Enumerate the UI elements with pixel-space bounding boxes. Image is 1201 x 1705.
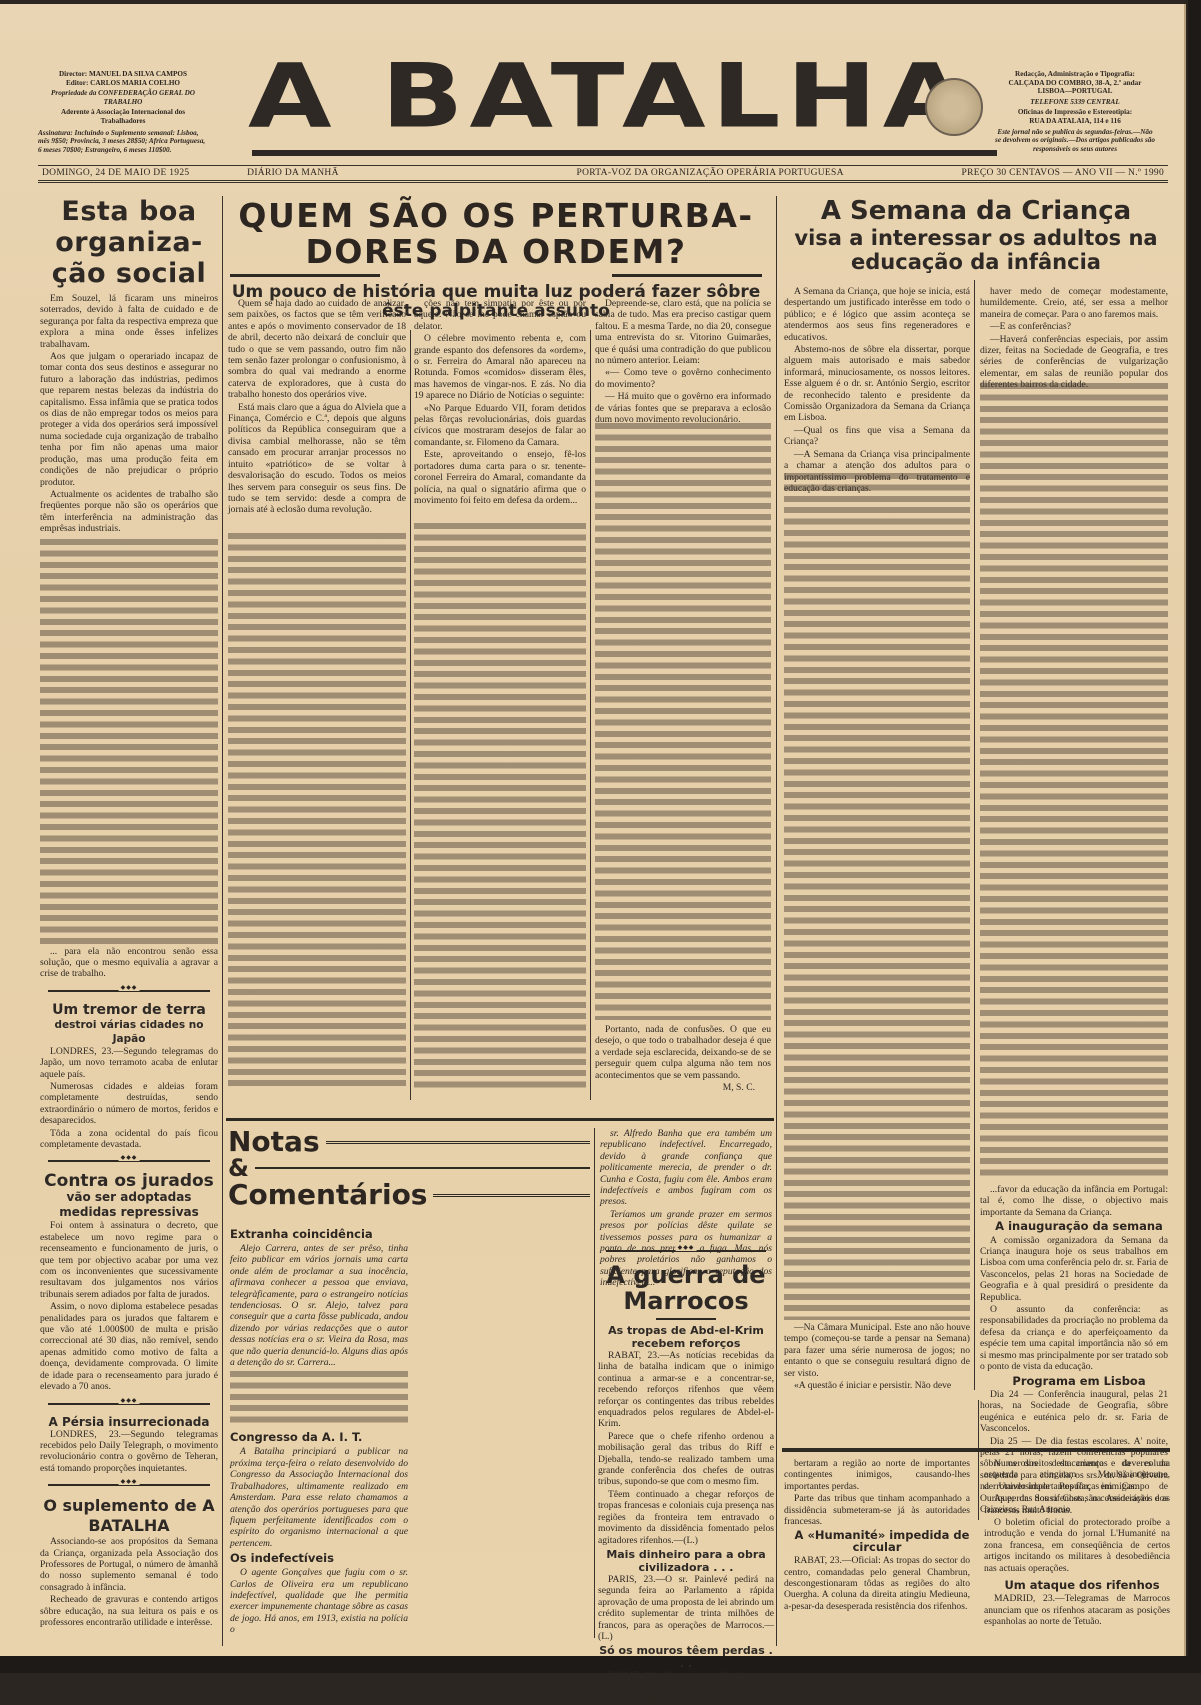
office-address: CALÇADA DO COMBRO, 38-A, 2.º andar: [995, 79, 1155, 88]
paragraph: Dia 24 — Conferência inaugural, pelas 21…: [980, 1389, 1168, 1435]
marrocos-continued-b: Numerosos destacamentos da coluna esquer…: [984, 1458, 1170, 1629]
newspaper-logo: A BATALHA: [248, 52, 1008, 142]
note-heading: Extranha coincidência: [230, 1227, 408, 1241]
issue-date: DOMINGO, 24 DE MAIO DE 1925: [42, 168, 189, 178]
note-text: A Batalha principiará a publicar na próx…: [230, 1446, 408, 1549]
column-rule: [978, 1400, 979, 1520]
edition-label: DIÁRIO DA MANHÃ: [247, 168, 339, 178]
library-stamp-icon: [925, 78, 983, 136]
rule: [230, 274, 380, 277]
paragraph: MADRID, 23.—Telegramas de Marrocos anunc…: [984, 1593, 1170, 1627]
mais-dinheiro-body: PARIS, 23.—O sr. Painlevé pedirá na segu…: [598, 1574, 774, 1642]
note-heading: Congresso da A. I. T.: [230, 1430, 408, 1444]
paragraph: Está mais claro que a água do Alviela qu…: [228, 402, 406, 516]
lead-column-c-ending: Portanto, nada de confusões. O que eu de…: [595, 1024, 771, 1093]
rule: [656, 1318, 716, 1320]
section-divider: [226, 1118, 774, 1121]
article-suplemento-body: Associando-se aos propósitos da Semana d…: [40, 1536, 218, 1628]
note-text: Alejo Carrera, antes de ser prêso, tinha…: [230, 1243, 408, 1368]
paragraph: Quem se haja dado ao cuidado de analizar…: [228, 298, 406, 401]
paragraph: As perdas dos rifenhos são consideráveis…: [984, 1493, 1170, 1516]
affiliation-line: Aderente à Associação Internacional dos …: [38, 108, 208, 125]
section-ornament: [48, 986, 210, 996]
paragraph: «A questão é iniciar e persistir. Não de…: [784, 1380, 970, 1391]
dateline-bar: DOMINGO, 24 DE MAIO DE 1925 DIÁRIO DA MA…: [38, 165, 1168, 183]
note-heading: Os indefectíveis: [230, 1551, 408, 1565]
paragraph: —Qual os fins que visa a Semana da Crian…: [784, 425, 970, 448]
paragraph: O célebre movimento rebenta e, com grand…: [414, 333, 586, 401]
subheadline-mouros-perdas: Só os mouros têem perdas . . .: [598, 1644, 774, 1670]
section-ornament: [48, 1156, 210, 1166]
rule: [433, 1194, 590, 1197]
notas-title-row: Notas: [228, 1128, 590, 1156]
comentarios-title-row: Comentários: [228, 1180, 590, 1210]
notas-column-a: Extranha coincidência Alejo Carrera, ant…: [230, 1225, 408, 1636]
article-text-continued: [40, 536, 218, 946]
lead-column-c-continued: [595, 420, 771, 1020]
lead-column-b-continued: [414, 520, 586, 1090]
office-label: Redacção, Administração e Tipografia:: [995, 70, 1155, 79]
column-rule: [590, 330, 591, 1100]
paragraph: Associando-se aos propósitos da Semana d…: [40, 1536, 218, 1593]
note-continued: [230, 1368, 408, 1428]
section-divider: [782, 1448, 1170, 1452]
notas-amp-row: &: [228, 1156, 590, 1180]
column-rule: [974, 280, 975, 1390]
paragraph: ções não tem simpatia por êste ou por aq…: [414, 298, 586, 332]
section-ornament: [48, 1480, 210, 1490]
marrocos-continued-a: bertaram a região ao norte de importante…: [784, 1458, 970, 1613]
semana-column-b: haver medo de começar modestamente, humi…: [980, 286, 1168, 392]
paragraph: Foi ontem à assinatura o decreto, que es…: [40, 1220, 218, 1300]
paragraph: ... para ela não encontrou senão essa so…: [40, 946, 218, 980]
semana-column-b-continued: [980, 380, 1168, 1180]
paragraph: —E as conferências?: [980, 321, 1168, 332]
lead-column-a: Quem se haja dado ao cuidado de analizar…: [228, 298, 406, 517]
paragraph: Portanto, nada de confusões. O que eu de…: [595, 1024, 771, 1081]
paragraph: Parte das tribus que tinham acompanhado …: [784, 1493, 970, 1527]
column-rule: [222, 196, 223, 1646]
column-rule: [776, 196, 777, 1646]
article-jurados-body: Foi ontem à assinatura o decreto, que es…: [40, 1220, 218, 1392]
notas-ampersand: &: [228, 1156, 249, 1180]
paragraph: Assim, o novo diploma estabelece pesadas…: [40, 1301, 218, 1392]
paragraph: «No Parque Eduardo VII, foram detidos pe…: [414, 403, 586, 449]
headline-suplemento: O suplemento de A BATALHA: [40, 1496, 218, 1536]
paragraph: sr. Alfredo Banha que era também um repu…: [600, 1128, 772, 1208]
note-text: O agente Gonçalves que fugiu com o sr. C…: [230, 1567, 408, 1635]
guerra-marrocos-article: A guerra de Marrocos As tropas de Abd-el…: [598, 1240, 774, 1673]
office-city: LISBOA—PORTUGAL: [995, 87, 1155, 96]
lead-column-a-continued: [228, 530, 406, 1090]
masthead-credits: Director: MANUEL DA SILVA CAMPOS Editor:…: [38, 70, 208, 154]
editor-line: Editor: CARLOS MARIA COELHO: [38, 79, 208, 88]
semana-column-a-ending: —Na Câmara Municipal. Este ano não houve…: [784, 1322, 970, 1392]
paragraph: RABAT, 23.—Oficial: As tropas do sector …: [784, 1555, 970, 1612]
paragraph: bertaram a região ao norte de importante…: [784, 1458, 970, 1492]
subheadline-humanite: A «Humanité» impedida de circular: [784, 1530, 970, 1553]
logo-underline: [252, 150, 997, 156]
subheadline-tremor: destroi várias cidades no Japão: [40, 1018, 218, 1046]
subheadline-jurados: vão ser adoptadas medidas repressivas: [40, 1190, 218, 1220]
ownership-line: Propriedade da CONFEDERAÇÃO GERAL DO TRA…: [38, 89, 208, 106]
comentarios-title: Comentários: [228, 1180, 427, 1210]
subheadline-ataque-rifenhos: Um ataque dos rifenhos: [984, 1580, 1170, 1591]
subscription-rates: Assinatura: Incluindo o Suplemento seman…: [38, 129, 208, 155]
column-rule: [594, 1128, 595, 1638]
paragraph: haver medo de começar modestamente, humi…: [980, 286, 1168, 320]
author-signature: M, S. C.: [595, 1082, 771, 1093]
subheadline-abd-el-krim: As tropas de Abd-el-Krim recebem reforço…: [598, 1324, 774, 1350]
paragraph: Tôda a zona ocidental do país ficou comp…: [40, 1128, 218, 1151]
notas-title: Notas: [228, 1128, 320, 1156]
paragraph: «— Como teve o govêrno conhecimento do m…: [595, 367, 771, 390]
marrocos-body: RABAT, 23.—As notícias recebidas da linh…: [598, 1350, 774, 1546]
director-line: Director: MANUEL DA SILVA CAMPOS: [38, 70, 208, 79]
phone-number: TELEFONE 5339 CENTRAL: [995, 98, 1155, 107]
headline-contra-jurados: Contra os jurados: [40, 1172, 218, 1190]
column-rule: [410, 330, 411, 1100]
paragraph: Recheado de gravuras e contendo artigos …: [40, 1594, 218, 1628]
section-ornament: [48, 1399, 210, 1409]
rule: [326, 1141, 590, 1144]
headline-rules: [230, 274, 762, 277]
price-and-issue: PREÇO 30 CENTAVOS — ANO VII — N.º 1990: [962, 168, 1164, 178]
section-ornament: [606, 1246, 766, 1256]
masthead-contact: Redacção, Administração e Tipografia: CA…: [995, 70, 1155, 153]
semana-column-a: A Semana da Criança, que hoje se inicia,…: [784, 286, 970, 495]
headline-persia: A Pérsia insurrecionada: [40, 1415, 218, 1429]
subheadline-inauguracao: A inauguração da semana: [980, 1221, 1168, 1232]
headline-perturbadores: QUEM SÃO OS PERTURBA-DORES DA ORDEM?: [226, 198, 766, 270]
article-organizacao-body: Em Souzel, lá ficaram uns mineiros soter…: [40, 293, 218, 535]
headline-semana-crianca: A Semana da Criança: [782, 196, 1170, 226]
editorial-notice: Este jornal não se publica às segundas-f…: [995, 128, 1155, 154]
paragraph: Aos que julgam o operariado incapaz de t…: [40, 351, 218, 488]
workshop-label: Oficinas de Impressão e Estereotipia:: [995, 108, 1155, 117]
paragraph: Em Souzel, lá ficaram uns mineiros soter…: [40, 293, 218, 350]
paragraph: ...favor da educação da infância em Port…: [980, 1184, 1168, 1218]
scan-border-right: [1188, 0, 1201, 1673]
paragraph: Parece que o chefe rifenho ordenou a mob…: [598, 1431, 774, 1488]
article-persia-body: LONDRES, 23.—Segundo telegramas recebido…: [40, 1429, 218, 1475]
semana-column-a-continued: [784, 470, 970, 1320]
paragraph: Numerosos destacamentos da coluna esquer…: [984, 1458, 1170, 1492]
article-tremor-body: LONDRES, 23.—Segundo telegramas do Japão…: [40, 1046, 218, 1151]
paragraph: O assunto da conferência: as responsabil…: [980, 1304, 1168, 1372]
lead-column-c: Depreende-se, claro está, que na polícia…: [595, 298, 771, 426]
headline-organizacao-social: Esta boa organiza-ção social: [40, 196, 218, 289]
semana-crianca-article: A Semana da Criança visa a interessar os…: [782, 196, 1170, 274]
paragraph: O boletim oficial do protectorado proíbe…: [984, 1517, 1170, 1574]
paragraph: Abstemo-nos de sôbre ela dissertar, porq…: [784, 344, 970, 424]
workshop-address: RUA DA ATALAIA, 114 e 116: [995, 117, 1155, 126]
subheadline-mais-dinheiro: Mais dinheiro para a obra civilizadora .…: [598, 1548, 774, 1574]
lead-column-b: ções não tem simpatia por êste ou por aq…: [414, 298, 586, 507]
paragraph: A comissão organizadora da Semana da Cri…: [980, 1235, 1168, 1303]
left-column: Esta boa organiza-ção social Em Souzel, …: [40, 196, 218, 1629]
headline-guerra-marrocos: A guerra de Marrocos: [598, 1262, 774, 1314]
paragraph: LONDRES, 23.—Segundo telegramas recebido…: [40, 1429, 218, 1475]
article-organizacao-ending: ... para ela não encontrou senão essa so…: [40, 946, 218, 980]
paragraph: Actualmente os acidentes de trabalho são…: [40, 489, 218, 535]
paragraph: Este, aproveitando o ensejo, fê-los port…: [414, 449, 586, 506]
paragraph: RABAT, 23.—As notícias recebidas da linh…: [598, 1350, 774, 1430]
paragraph: Depreende-se, claro está, que na polícia…: [595, 298, 771, 366]
paragraph: Numerosas cidades e aldeias foram comple…: [40, 1081, 218, 1127]
rule: [255, 1167, 590, 1169]
rule: [612, 274, 762, 277]
tagline: PORTA-VOZ DA ORGANIZAÇÃO OPERÁRIA PORTUG…: [577, 168, 844, 178]
subheadline-programa: Programa em Lisboa: [980, 1376, 1168, 1387]
headline-tremor-de-terra: Um tremor de terra: [40, 1002, 218, 1018]
paragraph: A Semana da Criança, que hoje se inicia,…: [784, 286, 970, 343]
subheadline-semana: visa a interessar os adultos na educação…: [782, 226, 1170, 274]
paragraph: Têem continuado a chegar reforços de tro…: [598, 1489, 774, 1546]
paragraph: —Na Câmara Municipal. Este ano não houve…: [784, 1322, 970, 1379]
paragraph: LONDRES, 23.—Segundo telegramas do Japão…: [40, 1046, 218, 1080]
notas-comentarios-section: Notas & Comentários: [228, 1128, 590, 1210]
